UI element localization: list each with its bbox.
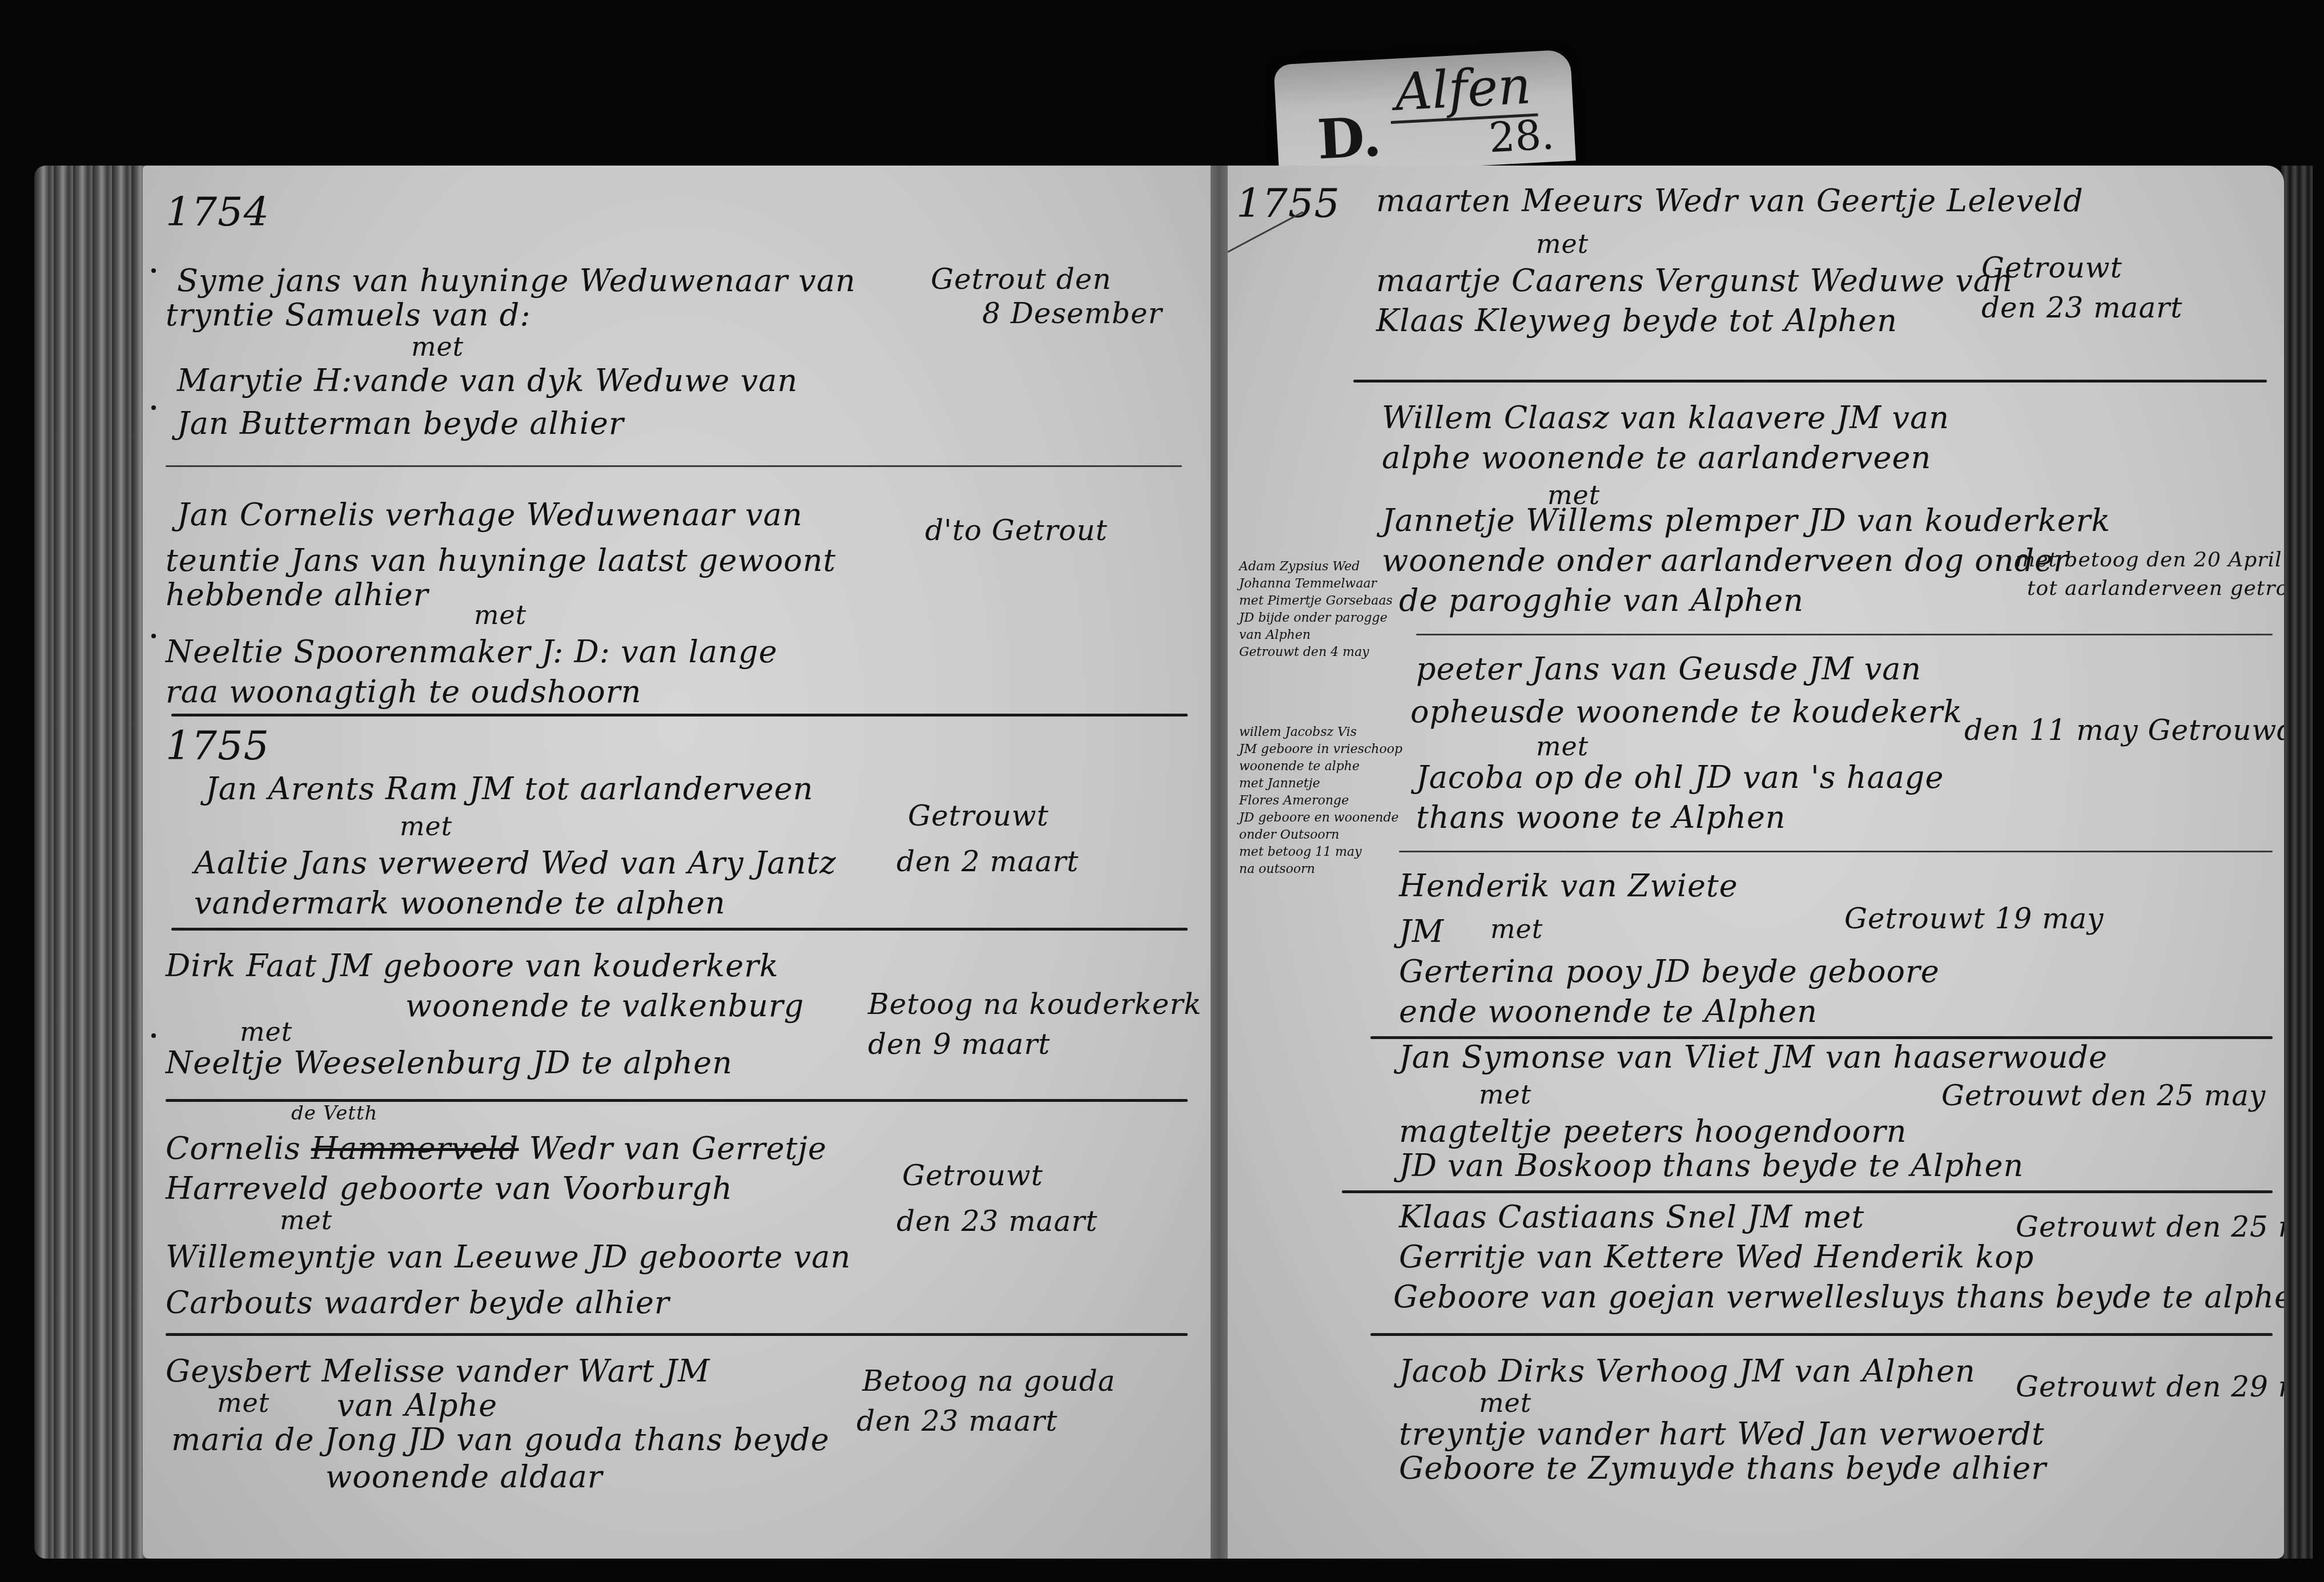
margin-line: na outsoorn bbox=[1239, 862, 1315, 876]
marriage-note: met betoog den 20 April bbox=[2016, 548, 2282, 571]
bride-line: Neeltje Weeselenburg JD te alphen bbox=[166, 1045, 733, 1081]
bride-line: magteltje peeters hoogendoorn bbox=[1399, 1113, 1907, 1149]
bride-line: ende woonende te Alphen bbox=[1399, 993, 1818, 1029]
bride-line: Aaltie Jans verweerd Wed van Ary Jantz bbox=[194, 845, 837, 881]
connector-met: met bbox=[474, 599, 526, 630]
bride-line: Geboore van goejan verwellesluys thans b… bbox=[1393, 1279, 2284, 1315]
bride-line: JD van Boskoop thans beyde te Alphen bbox=[1399, 1148, 2024, 1184]
marriage-note: den 23 maart bbox=[857, 1404, 1058, 1438]
bride-line: woonende aldaar bbox=[325, 1459, 603, 1495]
bride-line: Jannetje Willems plemper JD van kouderke… bbox=[1382, 502, 2110, 538]
groom-line: Jan Symonse van Vliet JM van haaserwoude bbox=[1399, 1039, 2108, 1075]
groom-line: Jacob Dirks Verhoog JM van Alphen bbox=[1399, 1353, 1976, 1389]
groom-line: Cornelis Hammerveld Wedr van Gerretje bbox=[166, 1130, 827, 1166]
entry-divider bbox=[166, 1333, 1188, 1336]
groom-line: teuntie Jans van huyninge laatst gewoont bbox=[166, 542, 836, 578]
marriage-note: Getrouwt bbox=[1981, 251, 2122, 284]
entry-divider bbox=[1342, 1190, 2273, 1193]
margin-line: JD geboore en woonende bbox=[1239, 811, 1399, 825]
bride-line: Gerterina pooy JD beyde geboore bbox=[1399, 953, 1940, 989]
groom-line: Dirk Faat JM geboore van kouderkerk bbox=[166, 948, 779, 984]
margin-line: met Jannetje bbox=[1239, 776, 1320, 791]
groom-line: Klaas Castiaans Snel JM met bbox=[1399, 1199, 1864, 1235]
tag-number: 28. bbox=[1487, 110, 1555, 162]
page-edges-right bbox=[2281, 166, 2313, 1559]
tag-letter: D. bbox=[1316, 105, 1383, 172]
groom-line: Geysbert Melisse vander Wart JM bbox=[166, 1353, 710, 1389]
groom-line: peeter Jans van Geusde JM van bbox=[1416, 651, 1921, 687]
groom-line: Willem Claasz van klaavere JM van bbox=[1382, 400, 1949, 436]
groom-line: maarten Meeurs Wedr van Geertje Leleveld bbox=[1376, 183, 2084, 219]
bride-line: woonende onder aarlanderveen dog onder bbox=[1382, 542, 2069, 578]
groom-rest: Wedr van Gerretje bbox=[519, 1130, 827, 1166]
connector-met: met bbox=[1479, 1387, 1531, 1418]
margin-line: JD bijde onder parogge bbox=[1239, 611, 1388, 625]
margin-line: Adam Zypsius Wed bbox=[1239, 559, 1360, 574]
bride-line: de parogghie van Alphen bbox=[1399, 582, 1804, 618]
connector-met: met bbox=[217, 1387, 270, 1418]
bride-line: maartje Caarens Vergunst Weduwe van bbox=[1376, 263, 2013, 299]
bride-line: raa woonagtigh te oudshoorn bbox=[166, 674, 641, 710]
marriage-note: Betoog na kouderkerk bbox=[868, 988, 1202, 1021]
margin-line: Johanna Temmelwaar bbox=[1239, 577, 1377, 591]
groom-first-name: Cornelis bbox=[166, 1130, 311, 1166]
marriage-note: den 11 may Getrouwd bbox=[1964, 714, 2284, 747]
groom-line: hebbende alhier bbox=[166, 577, 429, 613]
left-page: 1754 Syme jans van huyninge Weduwenaar v… bbox=[143, 166, 1211, 1559]
binding-mark bbox=[151, 405, 156, 410]
groom-line: van Alphe bbox=[337, 1387, 497, 1423]
struck-surname: Hammerveld bbox=[311, 1130, 519, 1166]
bride-line: Willemeyntje van Leeuwe JD geboorte van bbox=[166, 1239, 851, 1275]
marriage-note: Betoog na gouda bbox=[862, 1364, 1116, 1398]
margin-line: met Pimertje Gorsebaas bbox=[1239, 594, 1393, 608]
groom-line: tryntie Samuels van d: bbox=[166, 297, 531, 333]
entry-divider bbox=[1353, 380, 2267, 383]
marriage-note: Getrouwt den 25 may bbox=[2016, 1210, 2284, 1243]
connector-met: met bbox=[400, 811, 452, 842]
marriage-note: Getrouwt den 29 may bbox=[2016, 1370, 2284, 1403]
marriage-note: tot aarlanderveen getrouwt bbox=[2027, 577, 2284, 600]
groom-line: Syme jans van huyninge Weduwenaar van bbox=[177, 263, 856, 299]
scanned-register-spread: D. Alfen 28. 1754 Syme jans van huyninge… bbox=[0, 0, 2324, 1582]
groom-line: opheusde woonende te koudekerk bbox=[1410, 694, 1963, 730]
entry-divider bbox=[171, 714, 1188, 716]
groom-line: alphe woonende te aarlanderveen bbox=[1382, 440, 1931, 476]
bride-line: Carbouts waarder beyde alhier bbox=[166, 1285, 670, 1321]
binding-mark bbox=[151, 1033, 156, 1038]
connector-met: met bbox=[1536, 731, 1589, 762]
bride-line: Geboore te Zymuyde thans beyde alhier bbox=[1399, 1450, 2046, 1486]
connector-met: met bbox=[240, 1016, 292, 1047]
connector-met: met bbox=[1490, 913, 1543, 944]
marriage-note: den 2 maart bbox=[896, 845, 1079, 878]
marriage-note: 8 Desember bbox=[982, 297, 1163, 330]
entry-year: 1755 bbox=[166, 722, 270, 769]
inserted-correction: de Vetth bbox=[291, 1102, 377, 1125]
entry-divider bbox=[1399, 851, 2273, 852]
groom-line: Jan Arents Ram JM tot aarlanderveen bbox=[206, 771, 814, 807]
bride-line: treyntje vander hart Wed Jan verwoerdt bbox=[1399, 1416, 2045, 1452]
connector-met: met bbox=[1479, 1079, 1531, 1110]
bride-line: Jacoba op de ohl JD van 's haage bbox=[1416, 759, 1944, 795]
marriage-note: Getrouwt 19 may bbox=[1844, 902, 2104, 935]
groom-line: Harreveld geboorte van Voorburgh bbox=[166, 1170, 733, 1206]
groom-line: Henderik van Zwiete bbox=[1399, 868, 1738, 904]
marriage-note: Getrouwt den 25 may bbox=[1941, 1079, 2266, 1112]
right-page: 1755 maarten Meeurs Wedr van Geertje Lel… bbox=[1228, 166, 2284, 1559]
groom-line: woonende te valkenburg bbox=[405, 988, 804, 1024]
margin-line: Getrouwt den 4 may bbox=[1239, 645, 1369, 659]
archive-catalog-tag: D. Alfen 28. bbox=[1273, 50, 1575, 176]
bride-line: Gerritje van Kettere Wed Henderik kop bbox=[1399, 1239, 2034, 1275]
bride-line: Jan Butterman beyde alhier bbox=[177, 405, 624, 441]
groom-line: JM bbox=[1399, 913, 1444, 949]
marriage-note: den 23 maart bbox=[896, 1205, 1097, 1238]
entry-divider bbox=[171, 928, 1188, 931]
book-gutter bbox=[1211, 166, 1228, 1559]
marriage-note: Getrouwt bbox=[902, 1159, 1043, 1192]
entry-year: 1754 bbox=[166, 188, 270, 235]
entry-divider bbox=[1416, 634, 2273, 635]
margin-line: Flores Ameronge bbox=[1239, 794, 1349, 808]
page-edges-left bbox=[34, 166, 148, 1559]
margin-line: onder Outsoorn bbox=[1239, 828, 1340, 842]
binding-mark bbox=[151, 268, 156, 273]
groom-line: Jan Cornelis verhage Weduwenaar van bbox=[177, 497, 803, 533]
binding-mark bbox=[151, 634, 156, 638]
margin-line: woonende te alphe bbox=[1239, 759, 1360, 774]
marriage-note: Getrouwt bbox=[908, 799, 1049, 832]
margin-line: willem Jacobsz Vis bbox=[1239, 725, 1357, 739]
bride-line: Klaas Kleyweg beyde tot Alphen bbox=[1376, 303, 1897, 339]
margin-line: van Alphen bbox=[1239, 628, 1310, 642]
entry-divider bbox=[166, 465, 1182, 467]
marriage-note: den 9 maart bbox=[868, 1028, 1050, 1061]
marriage-note: d'to Getrout bbox=[925, 514, 1108, 547]
bride-line: Neeltie Spoorenmaker J: D: van lange bbox=[166, 634, 778, 670]
bride-line: Marytie H:vande van dyk Weduwe van bbox=[177, 363, 798, 398]
bride-line: thans woone te Alphen bbox=[1416, 799, 1786, 835]
marriage-note: Getrout den bbox=[931, 263, 1112, 296]
margin-line: met betoog 11 may bbox=[1239, 845, 1362, 859]
bride-line: vandermark woonende te alphen bbox=[194, 885, 726, 921]
connector-met: met bbox=[411, 331, 464, 362]
entry-divider bbox=[1370, 1333, 2273, 1336]
bride-line: maria de Jong JD van gouda thans beyde bbox=[171, 1422, 830, 1458]
connector-met: met bbox=[280, 1205, 332, 1235]
connector-met: met bbox=[1536, 228, 1589, 259]
margin-line: JM geboore in vrieschoop bbox=[1239, 742, 1402, 756]
marriage-note: den 23 maart bbox=[1981, 291, 2182, 324]
